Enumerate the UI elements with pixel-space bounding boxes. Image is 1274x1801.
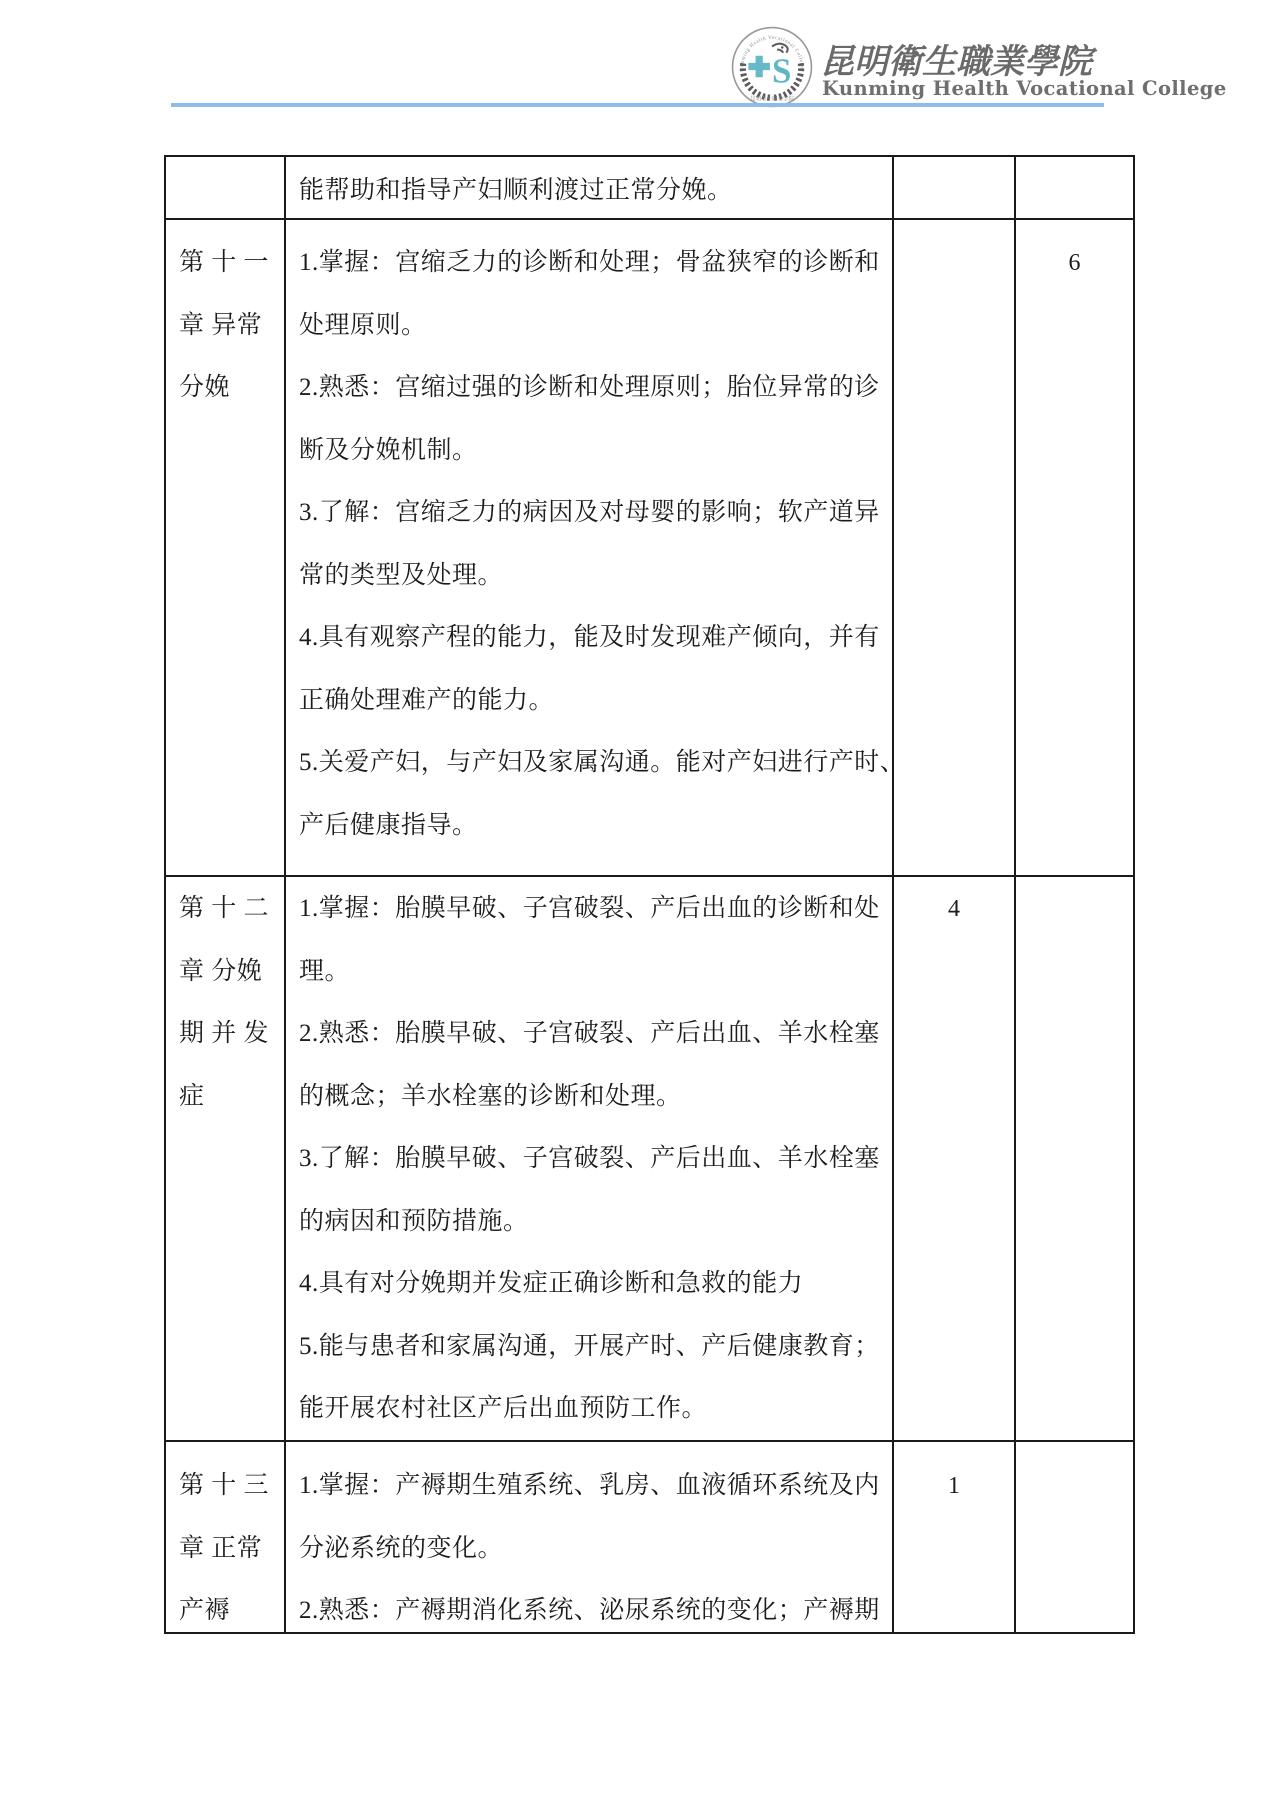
- chapter-cell: [166, 157, 286, 220]
- content-cell: 1.掌握：胎膜早破、子宫破裂、产后出血的诊断和处 理。 2.熟悉：胎膜早破、子宫…: [286, 877, 894, 1442]
- hours-value: [894, 232, 1014, 295]
- seal-center-letter: S: [772, 51, 791, 90]
- hours-value: 6: [1016, 232, 1133, 295]
- content-line: 产后健康指导。: [299, 795, 886, 858]
- content-line: 4.具有观察产程的能力，能及时发现难产倾向，并有: [299, 607, 886, 670]
- content-line: 3.了解：胎膜早破、子宫破裂、产后出血、羊水栓塞: [299, 1128, 886, 1191]
- chapter-line: 产褥: [179, 1580, 284, 1632]
- chapter-cell: 第 十 一 章 异常 分娩: [166, 220, 286, 877]
- chapter-line: 章 正常: [179, 1518, 284, 1581]
- content-line: 理。: [299, 941, 886, 1004]
- hours-cell: [1016, 1442, 1133, 1632]
- content-line: 1.掌握：胎膜早破、子宫破裂、产后出血的诊断和处: [299, 878, 886, 941]
- hours-cell: [894, 157, 1016, 220]
- content-line: 2.熟悉：胎膜早破、子宫破裂、产后出血、羊水栓塞: [299, 1003, 886, 1066]
- content-cell: 1.掌握：宫缩乏力的诊断和处理；骨盆狭窄的诊断和 处理原则。 2.熟悉：宫缩过强…: [286, 220, 894, 877]
- content-line: 4.具有对分娩期并发症正确诊断和急救的能力: [299, 1253, 886, 1316]
- content-line: 正确处理难产的能力。: [299, 670, 886, 733]
- hours-cell: 1: [894, 1442, 1016, 1632]
- content-line: 5.能与患者和家属沟通，开展产时、产后健康教育；: [299, 1316, 886, 1379]
- chapter-line: 第 十 二: [179, 878, 284, 941]
- hours-cell: [1016, 877, 1133, 1442]
- content-line: 2.熟悉：产褥期消化系统、泌尿系统的变化；产褥期: [299, 1580, 886, 1632]
- chapter-line: 章 分娩: [179, 941, 284, 1004]
- document-page: Kunming Health Vocational College S 昆明卫生…: [0, 0, 1274, 1801]
- chapter-cell: 第 十 三 章 正常 产褥: [166, 1442, 286, 1632]
- seal-bottom-text: 昆明卫生职业学院: [750, 94, 795, 102]
- content-line: 1.掌握：宫缩乏力的诊断和处理；骨盆狭窄的诊断和: [299, 232, 886, 295]
- syllabus-table: 能帮助和指导产妇顺利渡过正常分娩。 第 十 一 章 异常 分娩 1.掌握：宫缩乏…: [164, 155, 1135, 1634]
- content-line: 断及分娩机制。: [299, 420, 886, 483]
- content-cell: 1.掌握：产褥期生殖系统、乳房、血液循环系统及内 分泌系统的变化。 2.熟悉：产…: [286, 1442, 894, 1632]
- hours-value: [1016, 1455, 1133, 1518]
- chapter-line: 第 十 一: [179, 232, 284, 295]
- chapter-line: 期 并 发: [179, 1003, 284, 1066]
- chapter-line: 章 异常: [179, 295, 284, 358]
- content-line: 2.熟悉：宫缩过强的诊断和处理原则；胎位异常的诊: [299, 357, 886, 420]
- hours-cell: [894, 220, 1016, 877]
- seal-icon: Kunming Health Vocational College S 昆明卫生…: [731, 26, 813, 108]
- hours-value: [1016, 878, 1133, 941]
- content-line: 常的类型及处理。: [299, 545, 886, 608]
- college-name-english: Kunming Health Vocational College: [822, 77, 1227, 100]
- chapter-line: 第 十 三: [179, 1455, 284, 1518]
- content-line: 分泌系统的变化。: [299, 1518, 886, 1581]
- content-line: 3.了解：宫缩乏力的病因及对母婴的影响；软产道异: [299, 482, 886, 545]
- content-line: 1.掌握：产褥期生殖系统、乳房、血液循环系统及内: [299, 1455, 886, 1518]
- college-name-calligraphy: 昆明衛生職業學院: [820, 34, 1100, 80]
- content-line: 能帮助和指导产妇顺利渡过正常分娩。: [299, 170, 733, 206]
- chapter-line: 分娩: [179, 357, 284, 420]
- hours-cell: 6: [1016, 220, 1133, 877]
- header-divider-line: [171, 103, 1104, 107]
- hours-cell: 4: [894, 877, 1016, 1442]
- chapter-cell: 第 十 二 章 分娩 期 并 发 症: [166, 877, 286, 1442]
- content-line: 5.关爱产妇，与产妇及家属沟通。能对产妇进行产时、: [299, 732, 886, 795]
- content-line: 的概念；羊水栓塞的诊断和处理。: [299, 1066, 886, 1129]
- hours-value: 1: [894, 1455, 1014, 1518]
- content-line: 能开展农村社区产后出血预防工作。: [299, 1378, 886, 1441]
- chapter-line: 症: [179, 1066, 284, 1129]
- hours-value: 4: [894, 878, 1014, 941]
- content-cell: 能帮助和指导产妇顺利渡过正常分娩。: [286, 157, 894, 220]
- college-seal-logo: Kunming Health Vocational College S 昆明卫生…: [731, 26, 813, 108]
- content-line: 处理原则。: [299, 295, 886, 358]
- content-line: 的病因和预防措施。: [299, 1191, 886, 1254]
- hours-cell: [1016, 157, 1133, 220]
